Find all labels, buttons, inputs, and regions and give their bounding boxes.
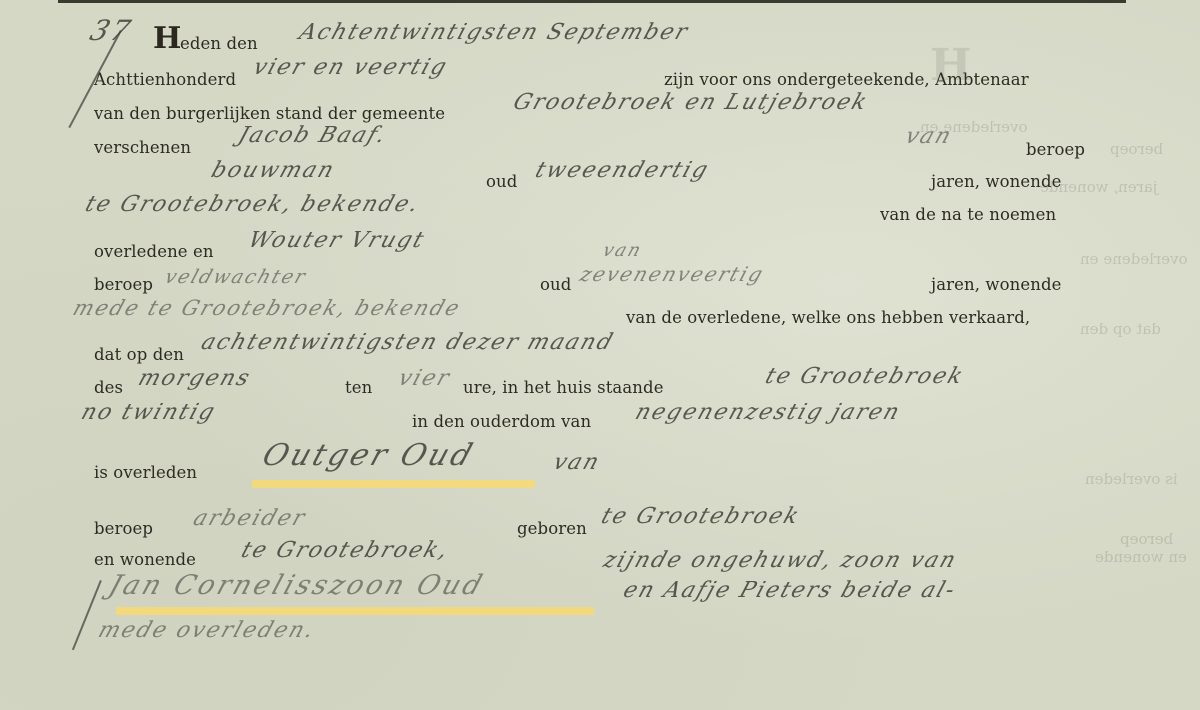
printed-zijn-voor-ons: zijn voor ons ondergeteekende, Ambtenaar xyxy=(664,70,1029,89)
printed-des: des xyxy=(94,378,123,397)
handwritten-deceased-occupation: arbeider xyxy=(190,506,310,531)
handwritten-hour: vier xyxy=(395,366,454,391)
printed-ouderdom-van: in den ouderdom van xyxy=(412,412,591,431)
printed-is-overleden: is overleden xyxy=(94,463,197,482)
printed-beroep-3: beroep xyxy=(94,519,153,538)
handwritten-van: van xyxy=(902,124,956,149)
handwritten-declarant1-occupation: bouwman xyxy=(208,158,339,183)
bleed-through-text: dat op den xyxy=(1080,320,1161,338)
printed-ten: ten xyxy=(345,378,372,397)
highlight-father-name xyxy=(116,607,594,615)
handwritten-declarant2-name: Wouter Vrugt xyxy=(245,228,429,253)
printed-burgerlijken-stand: van den burgerlijken stand der gemeente xyxy=(94,104,445,123)
handwritten-declarant1-name: Jacob Baaf. xyxy=(235,123,390,148)
printed-oud-2: oud xyxy=(540,275,571,294)
printed-ure-in-het-huis: ure, in het huis staande xyxy=(463,378,664,397)
printed-overledene-en: overledene en xyxy=(94,242,214,261)
handwritten-place: te Grootebroek xyxy=(762,364,968,389)
handwritten-declarant1-age: tweeendertig xyxy=(532,158,713,183)
handwritten-declarant2-occupation: veldwachter xyxy=(162,266,310,288)
register-page: H overledene en beroep jaren, wonende ov… xyxy=(0,0,1200,710)
bleed-through-text: overledene en xyxy=(1080,250,1188,268)
handwritten-residence: te Grootebroek, xyxy=(238,538,453,563)
printed-jaren-wonende-2: jaren, wonende xyxy=(931,275,1062,294)
handwritten-declarant2-van: van xyxy=(600,240,645,261)
bleed-through-text: is overleden xyxy=(1085,470,1178,488)
printed-beroep-2: beroep xyxy=(94,275,153,294)
handwritten-marital-note: zijnde ongehuwd, zoon van xyxy=(600,548,961,573)
printed-verkaard: van de overledene, welke ons hebben verk… xyxy=(626,308,1030,327)
handwritten-time-of-day: morgens xyxy=(135,366,254,391)
printed-beroep: beroep xyxy=(1026,140,1085,159)
handwritten-municipality: Grootebroek en Lutjebroek xyxy=(510,90,872,115)
handwritten-year: vier en veertig xyxy=(250,55,451,80)
printed-oud: oud xyxy=(486,172,517,191)
printed-geboren: geboren xyxy=(517,519,587,538)
printed-heden-den: eden den xyxy=(180,34,258,53)
handwritten-closing: mede overleden. xyxy=(95,618,319,643)
top-border-rule xyxy=(58,0,1126,3)
printed-jaren-wonende: jaren, wonende xyxy=(931,172,1062,191)
handwritten-mother-part: en Aafje Pieters beide al- xyxy=(620,578,960,603)
handwritten-declarant2-residence: mede te Grootebroek, bekende xyxy=(70,296,464,320)
handwritten-age-deceased: negenenzestig jaren xyxy=(632,400,904,425)
printed-initial-h: H xyxy=(153,24,181,54)
handwritten-deceased-name: Outger Oud xyxy=(258,438,479,473)
bleed-through-text: beroep xyxy=(1120,530,1173,548)
printed-na-te-noemen: van de na te noemen xyxy=(880,205,1056,224)
printed-achttienhonderd: Achttienhonderd xyxy=(94,70,236,89)
handwritten-death-date: achtentwintigsten dezer maand xyxy=(198,330,617,355)
bleed-through-text: beroep xyxy=(1110,140,1163,158)
highlight-deceased-name xyxy=(252,480,535,488)
handwritten-date: Achtentwintigsten September xyxy=(296,20,692,45)
handwritten-father-name: Jan Cornelisszoon Oud xyxy=(105,570,489,601)
printed-en-wonende: en wonende xyxy=(94,550,196,569)
handwritten-birthplace: te Grootebroek xyxy=(598,504,804,529)
bleed-through-text: en wonende xyxy=(1095,548,1187,566)
handwritten-house-number: no twintig xyxy=(78,400,219,425)
printed-dat-op-den: dat op den xyxy=(94,345,184,364)
printed-verschenen: verschenen xyxy=(94,138,191,157)
handwritten-entry-number: 37 xyxy=(86,14,136,47)
handwritten-declarant2-age: zevenenveertig xyxy=(577,262,768,286)
handwritten-declarant1-residence: te Grootebroek, bekende. xyxy=(82,192,423,217)
handwritten-deceased-van: van xyxy=(550,450,604,475)
